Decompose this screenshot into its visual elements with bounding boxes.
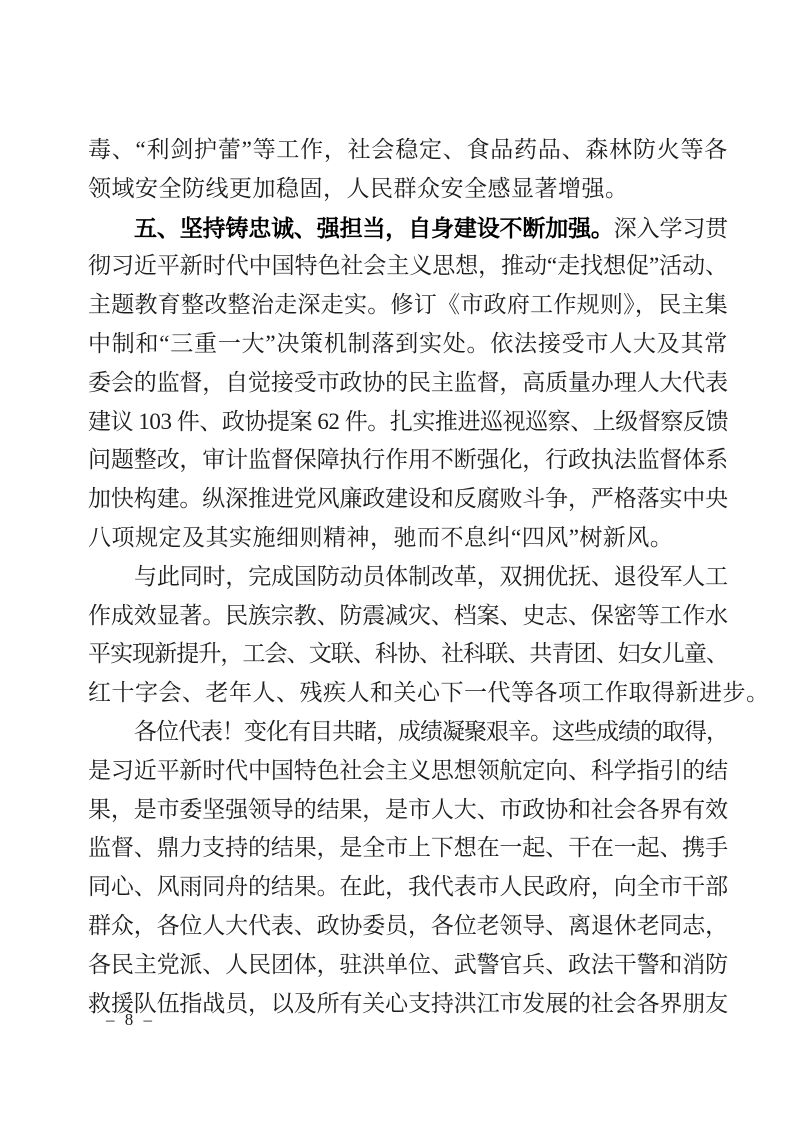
text-line: 果，是市委坚强领导的结果，是市人大、市政协和社会各界有效	[88, 791, 728, 830]
text-line: 监督、鼎力支持的结果，是全市上下想在一起、干在一起、携手	[88, 829, 728, 868]
text-line: 红十字会、老年人、残疾人和关心下一代等各项工作取得新进步。	[88, 674, 728, 713]
text-line: 与此同时，完成国防动员体制改革，双拥优抚、退役军人工	[88, 558, 728, 597]
document-body: 毒、“利剑护蕾”等工作，社会稳定、食品药品、森林防火等各 领域安全防线更加稳固，…	[88, 131, 728, 1023]
text-line: 委会的监督，自觉接受市政协的民主监督，高质量办理人大代表	[88, 364, 728, 403]
page-number: – 8 –	[106, 1008, 155, 1032]
text-line: 是习近平新时代中国特色社会主义思想领航定向、科学指引的结	[88, 752, 728, 791]
section-heading: 五、坚持铸忠诚、强担当，自身建设不断加强。	[134, 215, 614, 241]
text-line: 救援队伍指战员，以及所有关心支持洪江市发展的社会各界朋友	[88, 985, 728, 1024]
section-heading-line: 五、坚持铸忠诚、强担当，自身建设不断加强。深入学习贯	[88, 209, 728, 248]
text-line: 各民主党派、人民团体，驻洪单位、武警官兵、政法干警和消防	[88, 946, 728, 985]
text-line: 毒、“利剑护蕾”等工作，社会稳定、食品药品、森林防火等各	[88, 131, 728, 170]
text-line: 作成效显著。民族宗教、防震减灾、档案、史志、保密等工作水	[88, 597, 728, 636]
document-page: 毒、“利剑护蕾”等工作，社会稳定、食品药品、森林防火等各 领域安全防线更加稳固，…	[0, 0, 793, 1122]
text-line: 彻习近平新时代中国特色社会主义思想，推动“走找想促”活动、	[88, 247, 728, 286]
text-line: 八项规定及其实施细则精神，驰而不息纠“四风”树新风。	[88, 519, 728, 558]
text-line: 同心、风雨同舟的结果。在此，我代表市人民政府，向全市干部	[88, 868, 728, 907]
text-line: 领域安全防线更加稳固，人民群众安全感显著增强。	[88, 170, 728, 209]
text-run: 深入学习贯	[614, 216, 728, 241]
text-line: 问题整改，审计监督保障执行作用不断强化，行政执法监督体系	[88, 441, 728, 480]
text-line: 各位代表！变化有目共睹，成绩凝聚艰辛。这些成绩的取得，	[88, 713, 728, 752]
text-line: 群众，各位人大代表、政协委员，各位老领导、离退休老同志，	[88, 907, 728, 946]
text-line: 平实现新提升，工会、文联、科协、社科联、共青团、妇女儿童、	[88, 635, 728, 674]
text-line: 主题教育整改整治走深走实。修订《市政府工作规则》，民主集	[88, 286, 728, 325]
text-line: 加快构建。纵深推进党风廉政建设和反腐败斗争，严格落实中央	[88, 480, 728, 519]
text-line: 建议 103 件、政协提案 62 件。扎实推进巡视巡察、上级督察反馈	[88, 403, 728, 442]
text-line: 中制和“三重一大”决策机制落到实处。依法接受市人大及其常	[88, 325, 728, 364]
